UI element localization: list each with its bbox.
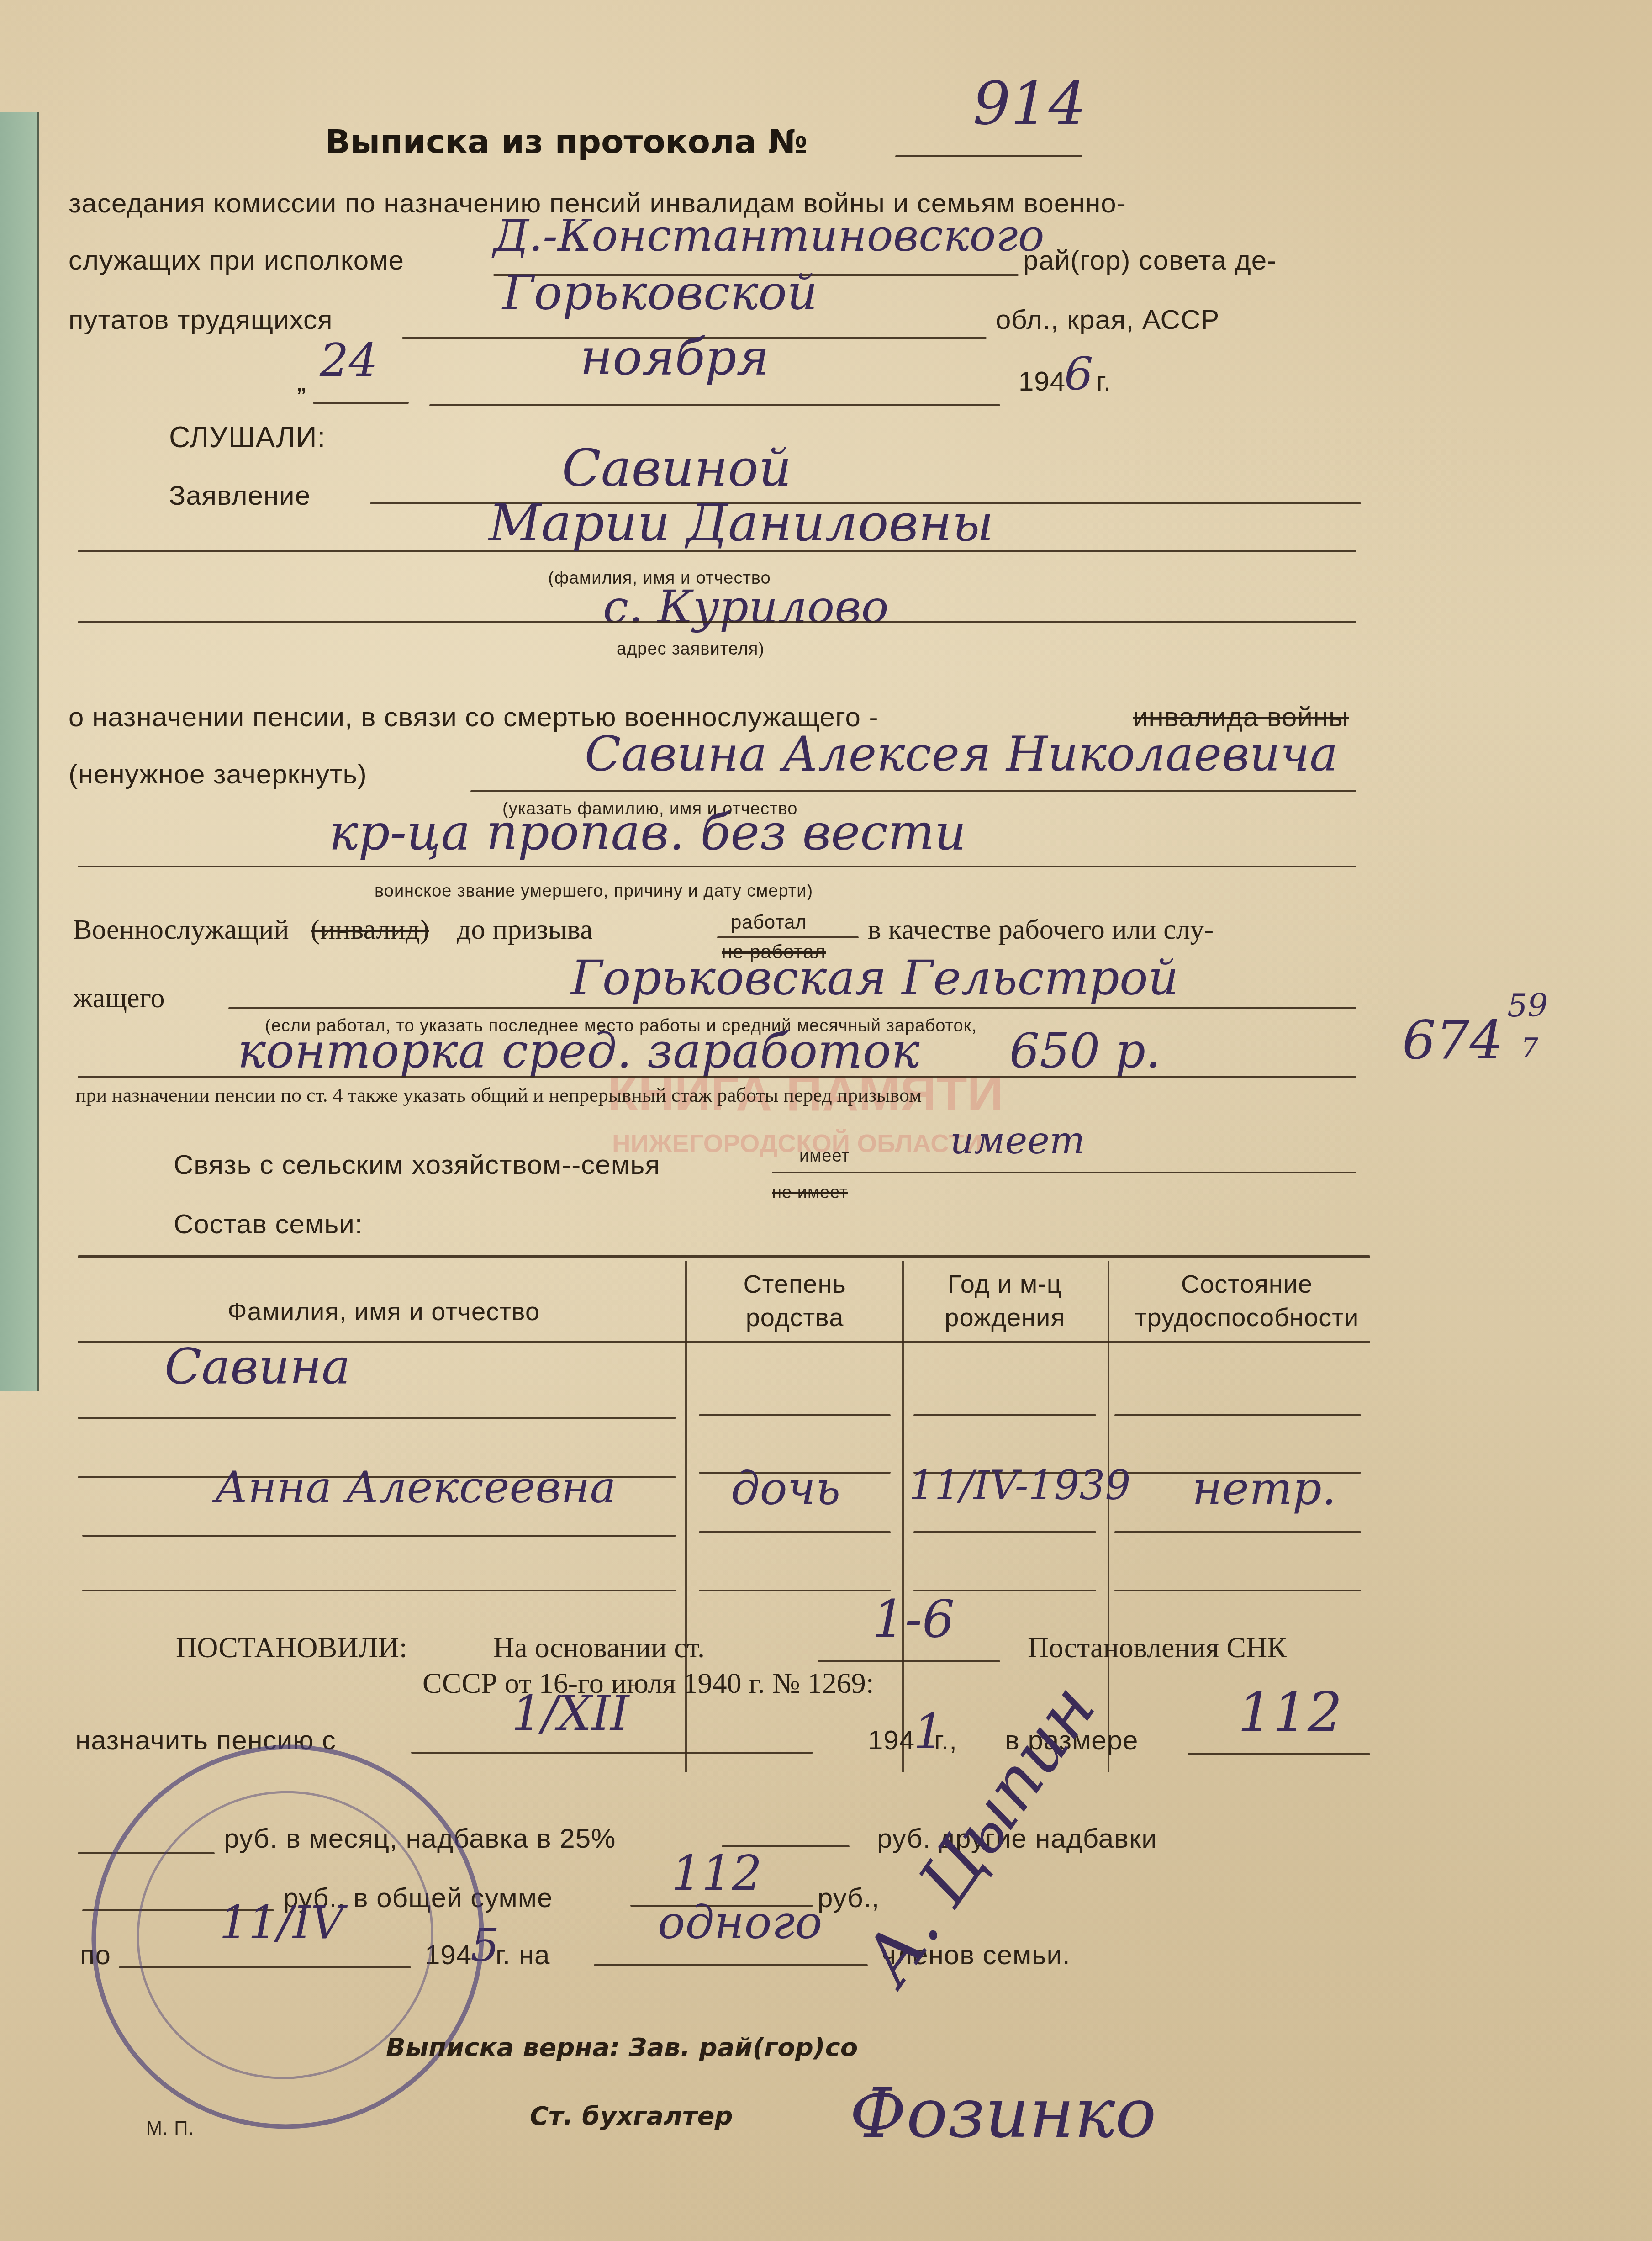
row-line xyxy=(82,1590,676,1591)
protocol-number: 914 xyxy=(973,69,1086,138)
margin-note-sub: 7 xyxy=(1521,1032,1538,1064)
row-line xyxy=(913,1531,1096,1533)
watermark-line-2: НИЖЕГОРОДСКОЙ ОБЛАСТИ xyxy=(612,1128,982,1158)
start-date-line xyxy=(411,1752,813,1754)
year-prefix: 194 xyxy=(868,1724,915,1756)
applicant-address-caption: адрес заявителя) xyxy=(617,640,765,659)
work-line-mid: до призыва xyxy=(457,914,593,946)
row-line xyxy=(699,1414,891,1416)
table-header-relation: Степень родства xyxy=(703,1268,886,1334)
applicant-address: с. Куриловo xyxy=(603,580,889,634)
deceased-name-line xyxy=(470,790,1356,792)
members-count: одного xyxy=(658,1896,822,1949)
salary: 650 р. xyxy=(1009,1023,1161,1079)
table-header-ability: Состояние трудоспособности xyxy=(1119,1268,1375,1334)
date-year-suffix: 6 xyxy=(1064,347,1093,401)
work-line-suffix: в качестве рабочего или слу- xyxy=(868,914,1214,946)
workplace: Горьковская Гельстрой xyxy=(571,950,1178,1006)
heard-label: СЛУШАЛИ: xyxy=(169,420,326,454)
resolved-label: ПОСТАНОВИЛИ: xyxy=(176,1631,407,1665)
applicant-name: Марии Даниловны xyxy=(489,493,994,553)
work-details: конторка сред. заработок xyxy=(238,1023,919,1079)
date-month: ноября xyxy=(580,329,769,386)
row-line xyxy=(1114,1590,1361,1591)
certified-label: Выписка верна: Зав. рай(гор)со xyxy=(386,2033,858,2062)
farm-option-not: не имеет xyxy=(772,1183,848,1203)
table-header-birth: Год и м-ц рождения xyxy=(913,1268,1096,1334)
margin-note-main: 674 xyxy=(1402,1010,1503,1071)
accountant-label: Ст. бухгалтер xyxy=(530,2101,733,2131)
row-relation: дочь xyxy=(731,1462,840,1515)
until-g: г. на xyxy=(496,1939,550,1971)
amount-line xyxy=(1188,1753,1370,1755)
date-year-g: г. xyxy=(1096,365,1111,397)
work-line-prefix: Военнослужащий xyxy=(73,914,289,946)
deceased-details-line xyxy=(78,866,1356,867)
row-line xyxy=(913,1414,1096,1416)
worked-option: работал xyxy=(731,911,807,933)
deceased-details-caption: воинское звание умершего, причину и дату… xyxy=(375,882,813,901)
intro-line-2-prefix: служащих при исполкоме xyxy=(69,244,404,276)
row-name: Анна Алексеевна xyxy=(215,1462,616,1513)
strike-note: (ненужное зачеркнуть) xyxy=(69,758,367,790)
green-folder-edge xyxy=(0,112,39,1391)
margin-note-sup: 59 xyxy=(1507,987,1548,1024)
row-line xyxy=(1114,1414,1361,1416)
work-details-line xyxy=(78,1076,1356,1078)
stamp-place-label: М. П. xyxy=(146,2117,194,2139)
work-line-struck: (инвалид) xyxy=(311,914,429,946)
date-year-prefix: 194 xyxy=(1019,365,1066,397)
row-ability: нетр. xyxy=(1192,1462,1336,1515)
row-line xyxy=(82,1535,676,1537)
resolved-line-prefix: На основании ст. xyxy=(493,1631,705,1665)
row-line xyxy=(1114,1531,1361,1533)
document-title: Выписка из протокола № xyxy=(325,122,808,161)
row-line xyxy=(78,1417,676,1419)
date-month-line xyxy=(429,404,1000,406)
resolved-line-suffix: Постановления СНК xyxy=(1028,1631,1287,1665)
date-quote: „ xyxy=(297,365,306,397)
region-value: Горьковской xyxy=(502,265,818,321)
start-date: 1/XII xyxy=(512,1686,629,1741)
year-g: г., xyxy=(934,1724,957,1756)
article-number: 1-6 xyxy=(872,1590,955,1649)
article-line xyxy=(818,1660,1000,1662)
members-line xyxy=(594,1964,868,1966)
farm-line xyxy=(772,1172,1356,1173)
intro-line-2-suffix: рай(гор) совета де- xyxy=(1023,244,1277,276)
deceased-name: Савина Алексея Николаевича xyxy=(585,726,1338,782)
amount: 112 xyxy=(1238,1681,1342,1744)
family-label: Состав семьи: xyxy=(174,1208,363,1240)
intro-line-3-suffix: обл., края, АССР xyxy=(996,304,1219,335)
row-line xyxy=(699,1531,891,1533)
date-day-line xyxy=(313,402,409,404)
protocol-number-line xyxy=(895,155,1082,157)
farm-label: Связь с сельским хозяйством--семья xyxy=(174,1149,660,1180)
workplace-line xyxy=(228,1007,1356,1009)
row-birth: 11/IV-1939 xyxy=(909,1462,1131,1509)
row-surname: Савина xyxy=(164,1338,350,1395)
resolved-line-2: СССР от 16-го июля 1940 г. № 1269: xyxy=(422,1666,874,1700)
row-line xyxy=(699,1590,891,1591)
table-top-rule xyxy=(78,1255,1370,1258)
stage-caption: при назначении пенсии по ст. 4 также ука… xyxy=(75,1084,922,1107)
date-day: 24 xyxy=(320,333,378,387)
farm-value: имеет xyxy=(950,1119,1085,1163)
total-suffix: руб., xyxy=(818,1882,880,1913)
deceased-details: кр-ца пропав. без вести xyxy=(329,804,966,861)
worked-option-divider xyxy=(717,936,859,938)
table-col-divider-2 xyxy=(902,1261,904,1772)
signature-accountant: Фозинко xyxy=(850,2074,1156,2153)
table-header-name: Фамилия, имя и отчество xyxy=(164,1295,603,1328)
applicant-surname: Савиной xyxy=(562,439,792,498)
intro-line-3-prefix: путатов трудящихся xyxy=(69,304,333,335)
total-amount: 112 xyxy=(671,1845,762,1901)
table-col-divider-3 xyxy=(1108,1261,1109,1772)
applicant-address-line xyxy=(78,621,1356,623)
employee-label: жащего xyxy=(73,982,165,1015)
statement-label: Заявление xyxy=(169,480,311,511)
farm-option-has: имеет xyxy=(799,1147,850,1166)
executive-committee-value: Д.-Константиновского xyxy=(493,210,1045,261)
